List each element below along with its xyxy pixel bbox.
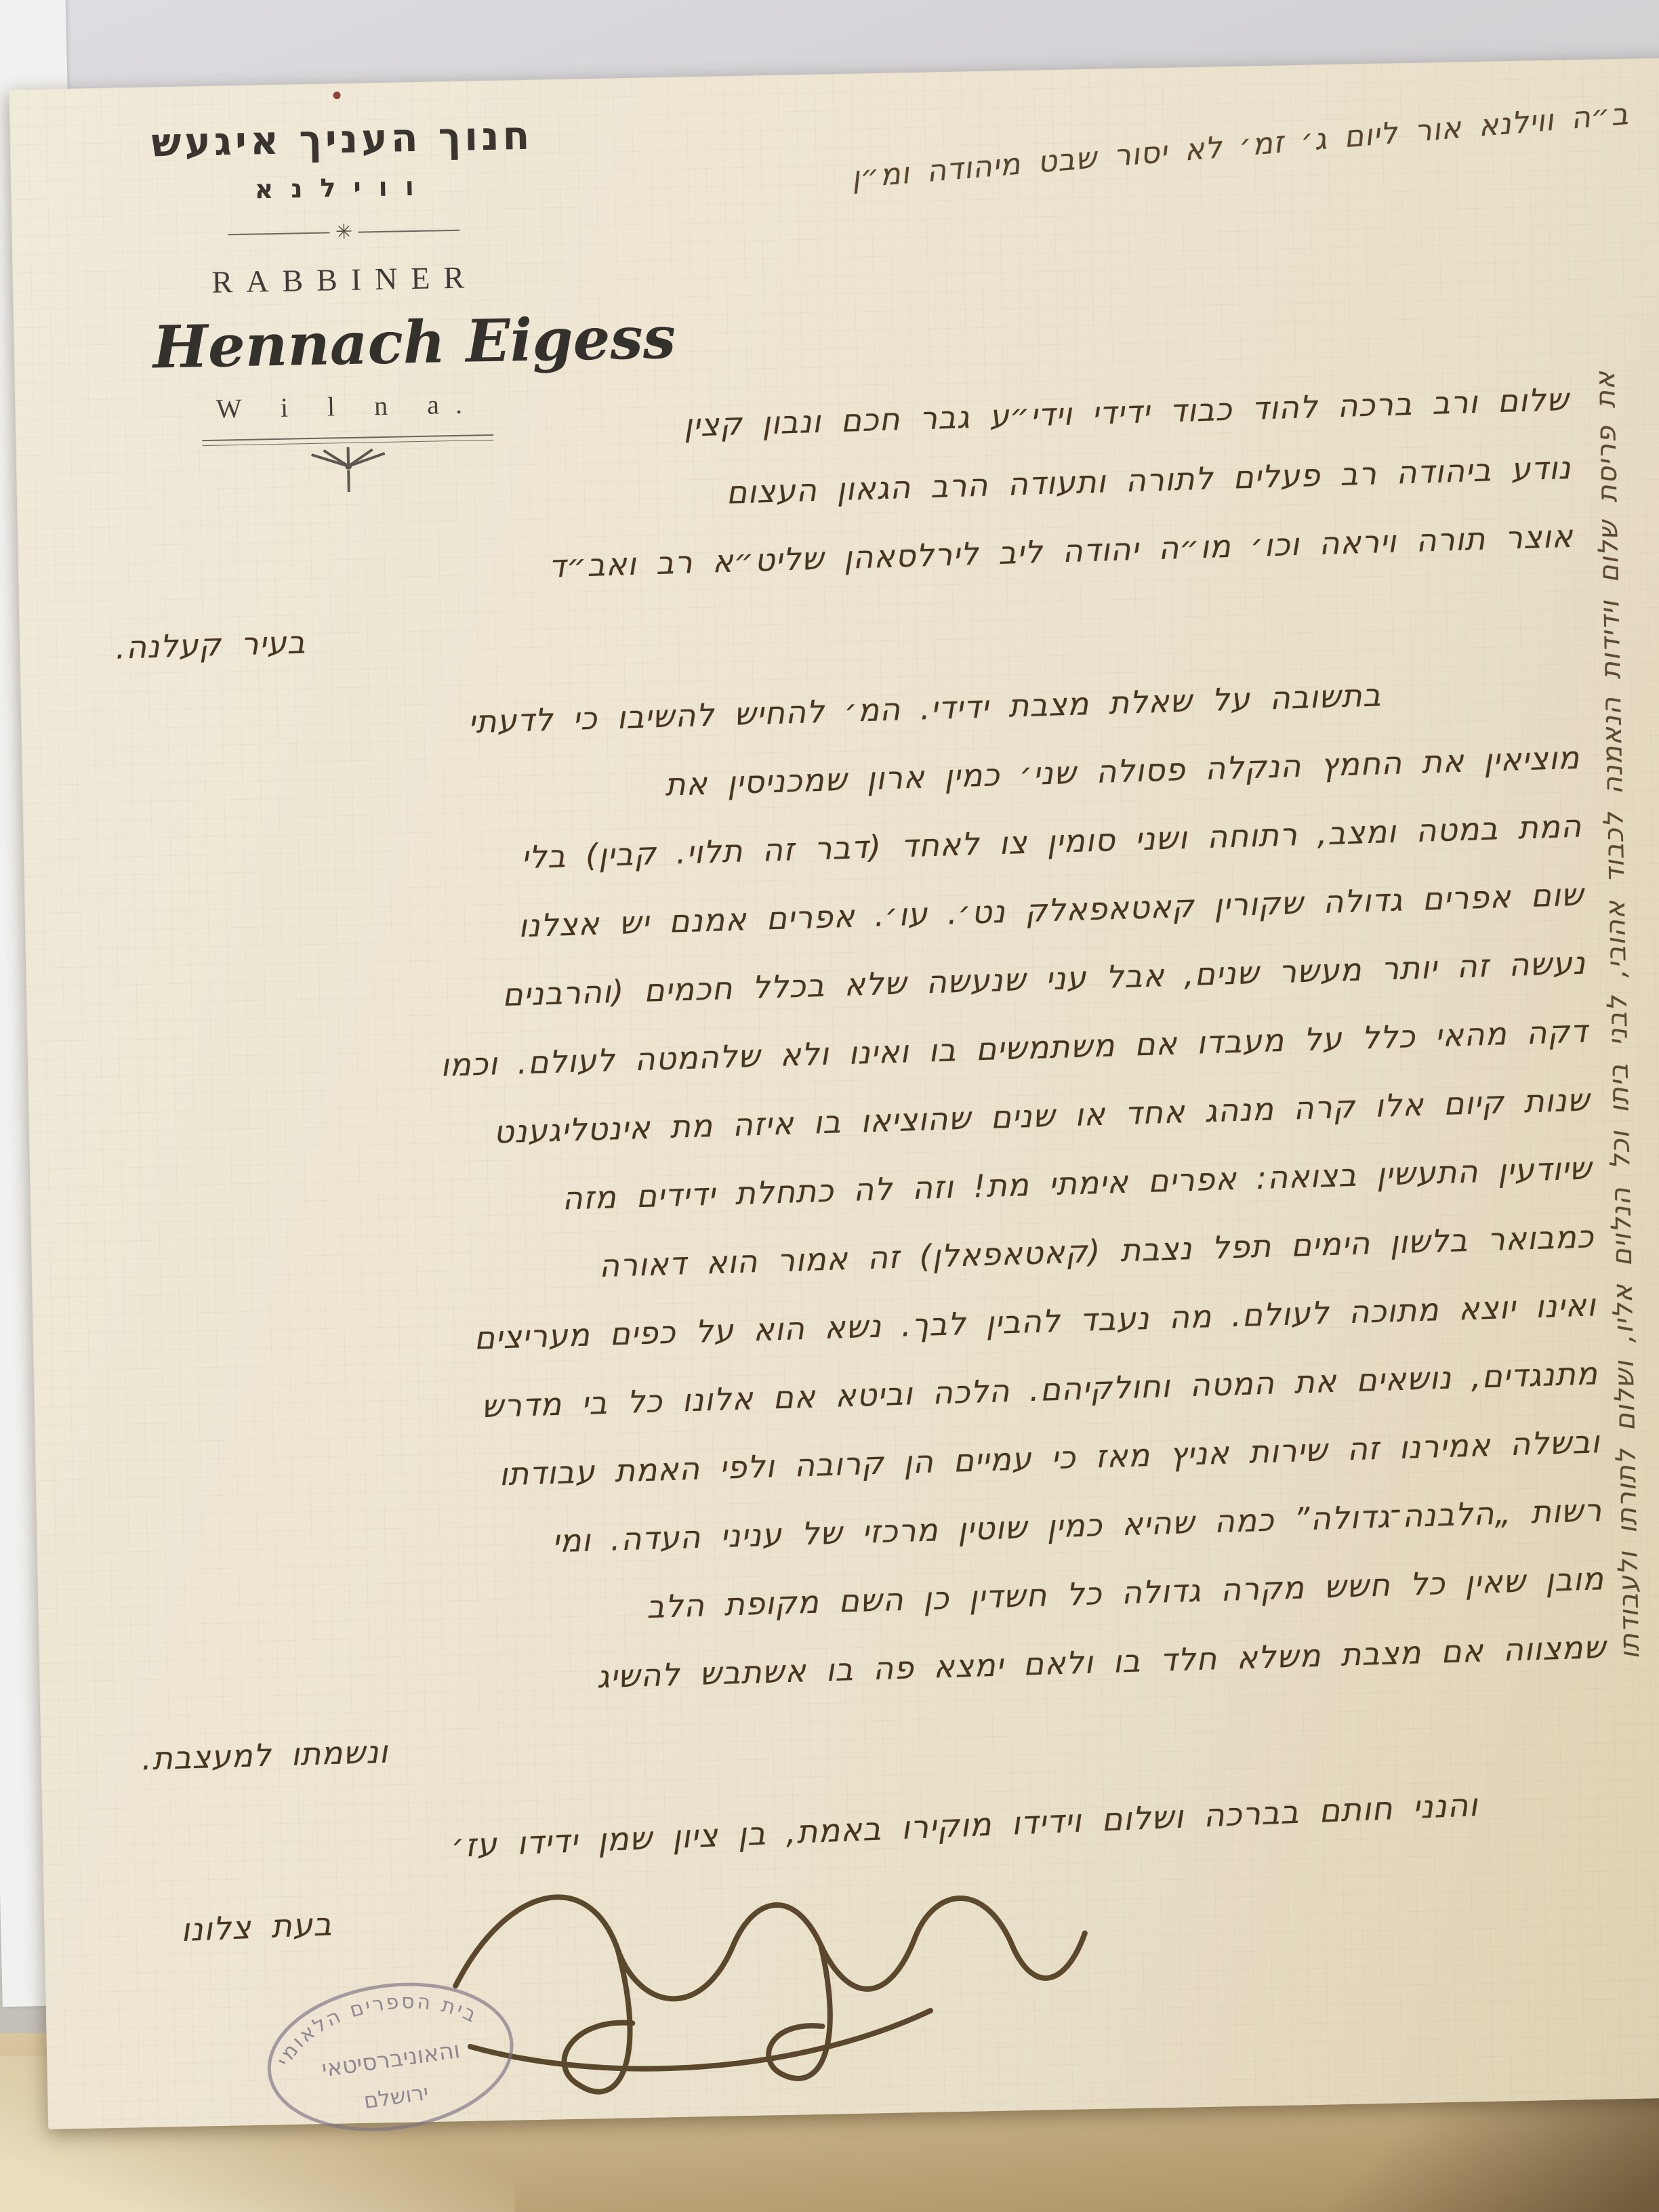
ink-spot — [333, 91, 340, 99]
letter-paper: חנוך העניך איגעש ווילנא ✳ RABBINER Henna… — [9, 57, 1659, 2129]
ornament-bar-right — [358, 229, 459, 232]
letter-body: שלום ורב ברכה להוד כבוד ידידי וידי״ע גבר… — [81, 365, 1610, 1794]
letterhead-title: RABBINER — [151, 258, 538, 302]
letterhead-ornament: ✳ — [150, 217, 537, 248]
responsum-paragraph: בתשובה על שאלת מצבת ידידי. המ׳ להחיש להש… — [89, 655, 1609, 1794]
ornament-bar-left — [228, 232, 330, 235]
stamp-bottom-text: ירושלם — [362, 2079, 430, 2114]
letterhead-name-latin: Hennach Eigess — [152, 306, 540, 382]
stamp-middle-text: והאוניברסיטאי — [320, 2036, 462, 2083]
star-ornament-icon: ✳ — [335, 220, 353, 244]
letterhead-hebrew-name: חנוך העניך איגעש — [148, 112, 535, 166]
opening-paragraph: שלום ורב ברכה להוד כבוד ידידי וידי״ע גבר… — [81, 365, 1576, 683]
letterhead-hebrew-city: ווילנא — [150, 169, 537, 207]
letter-photograph: חנוך העניך איגעש ווילנא ✳ RABBINER Henna… — [0, 0, 1659, 2212]
handwritten-dateline: ב״ה ווילנא אור ליום ג׳ זמ׳ לא יסור שבט מ… — [769, 97, 1630, 202]
